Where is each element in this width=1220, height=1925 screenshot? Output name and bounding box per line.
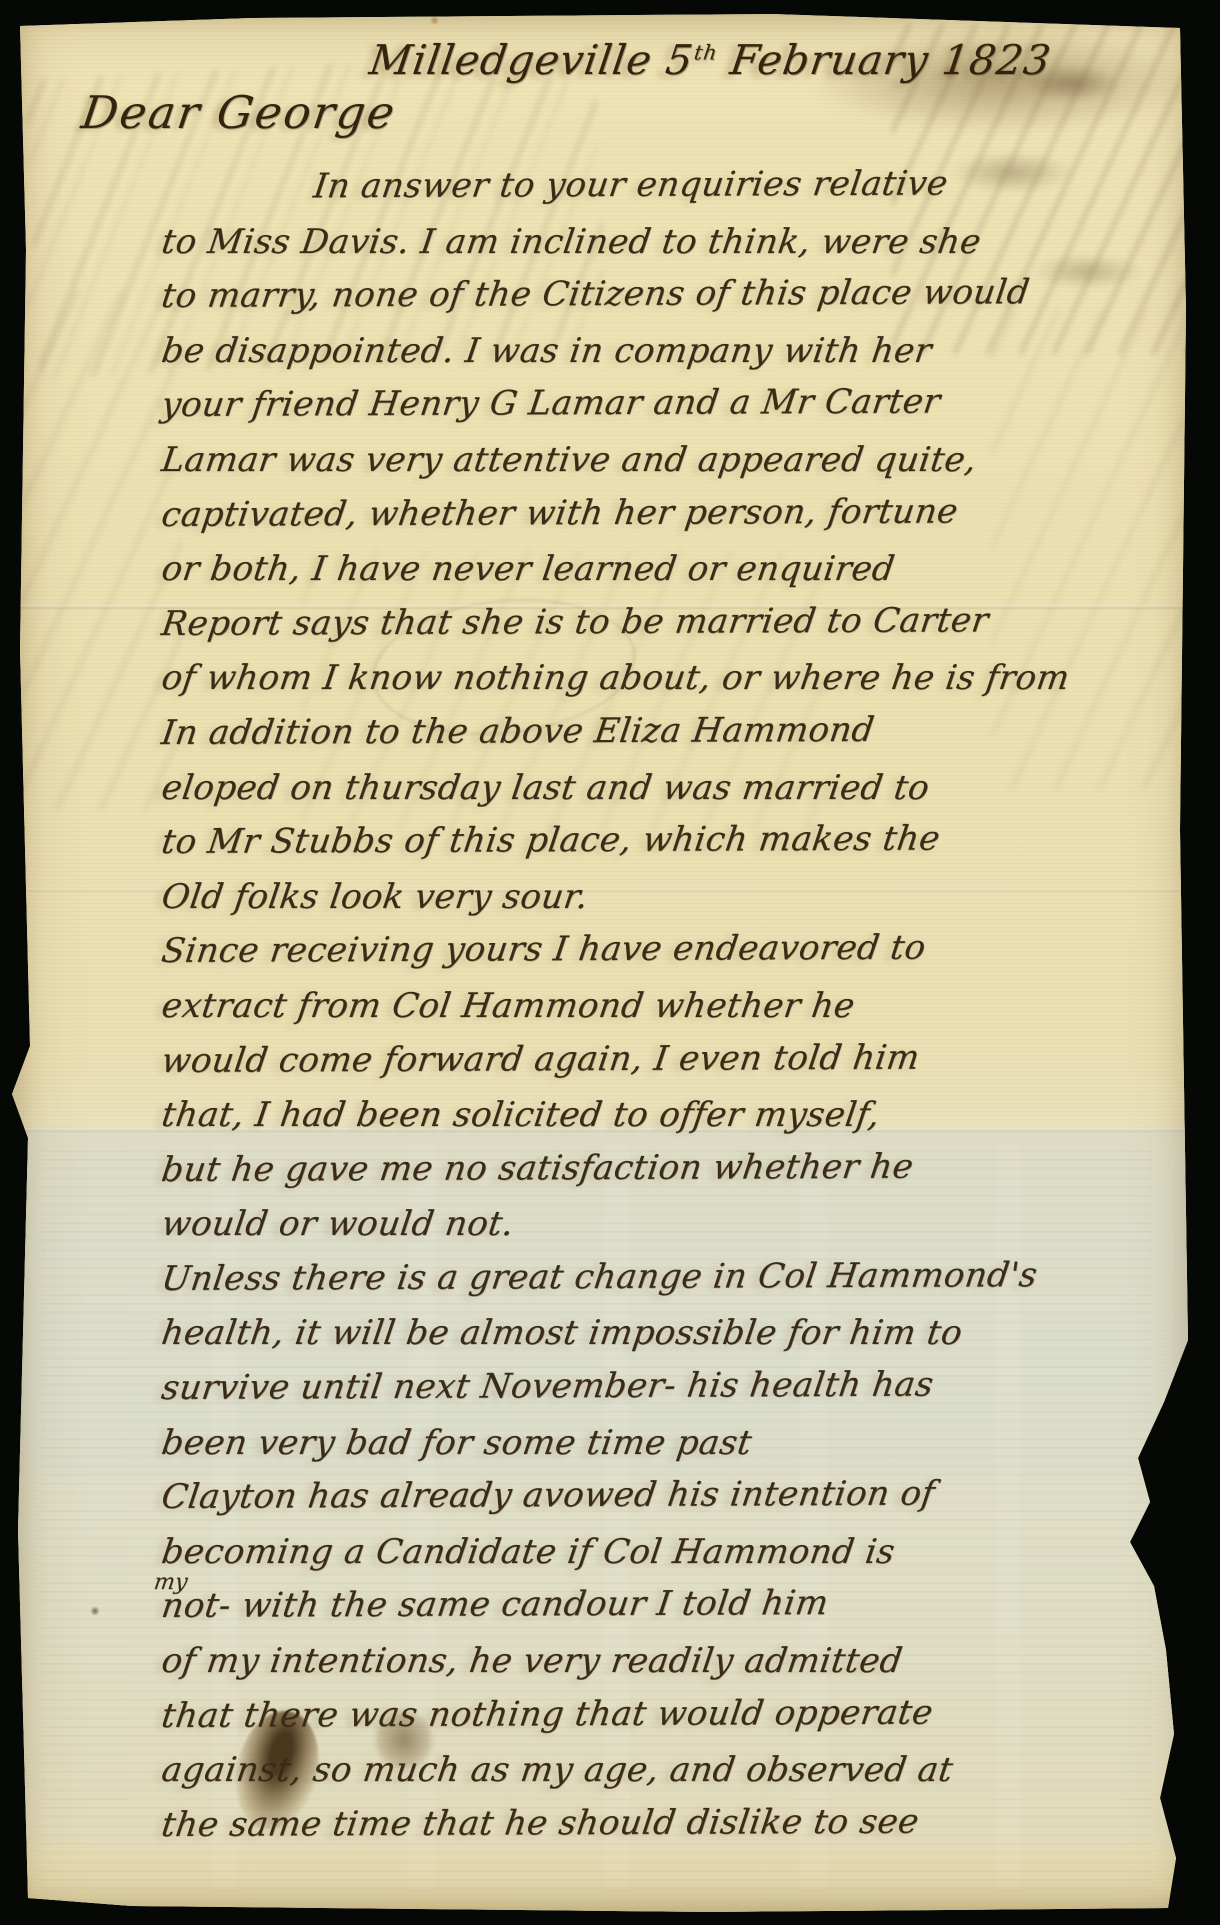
letter-line: becoming a Candidate if Col Hammond is [158,1525,1166,1580]
foxing-spot [177,12,189,22]
dateline-place: Milledgeville [367,36,656,84]
letter-line: against, so much as my age, and observed… [158,1743,1166,1798]
bleedthrough-ghost-text [12,290,182,810]
dateline-ordinal: th [693,40,720,64]
letter-line: to Miss Davis. I am inclined to think, w… [158,215,1166,270]
letter-line: of whom I know nothing about, or where h… [158,651,1166,706]
letter-line: would or would not. [158,1197,1166,1252]
letter-line: that, I had been solicited to offer myse… [158,1088,1166,1143]
letter-line: to Mr Stubbs of this place, which makes … [158,811,1166,870]
letter-line: be disappointed. I was in company with h… [158,324,1166,379]
letter-line: or both, I have never learned or enquire… [158,542,1166,597]
letter-line: Lamar was very attentive and appeared qu… [158,433,1166,488]
letter-line: Clayton has already avowed his intention… [158,1466,1166,1525]
letter-line: of my intentions, he very readily admitt… [158,1634,1166,1689]
letter-line: your friend Henry G Lamar and a Mr Carte… [158,374,1166,433]
letter-line: would come forward again, I even told hi… [158,1029,1166,1088]
letter-line: In addition to the above Eliza Hammond [158,702,1166,761]
letter-body: In answer to your enquiries relativeto M… [158,160,1158,1852]
letter-line: In answer to your enquiries relative [158,156,1166,215]
dateline-month-year: February 1823 [727,36,1054,84]
foxing-spot [90,1606,100,1616]
scanned-letter-photo: { "document": { "kind": "handwritten let… [0,0,1220,1925]
letter-line: Old folks look very sour. [158,870,1166,925]
foxing-spot [430,16,439,25]
letter-line: but he gave me no satisfaction whether h… [158,1138,1166,1197]
letter-line: health, it will be almost impossible for… [158,1306,1166,1361]
letter-line: eloped on thursday last and was married … [158,761,1166,816]
letter-line: captivated, whether with her person, for… [158,483,1166,542]
letter-line: to marry, none of the Citizens of this p… [158,265,1166,324]
interline-insertion: my [152,1570,189,1595]
letter-line: that there was nothing that would oppera… [158,1684,1166,1743]
letter-line: been very bad for some time past [158,1416,1166,1471]
letter-paper: Milledgeville5thFebruary 1823 Dear Georg… [12,10,1200,1912]
letter-line: Report says that she is to be married to… [158,592,1166,651]
letter-line: survive until next November- his health … [158,1357,1166,1416]
letter-line: extract from Col Hammond whether he [158,979,1166,1034]
letter-line: Unless there is a great change in Col Ha… [158,1248,1166,1307]
dateline: Milledgeville5thFebruary 1823 [367,36,1055,84]
letter-line: the same time that he should dislike to … [158,1793,1166,1852]
salutation: Dear George [78,86,399,139]
letter-line: Since receiving yours I have endeavored … [158,920,1166,979]
dateline-day: 5 [663,36,697,84]
letter-line: not- with the same candour I told him [158,1575,1166,1634]
